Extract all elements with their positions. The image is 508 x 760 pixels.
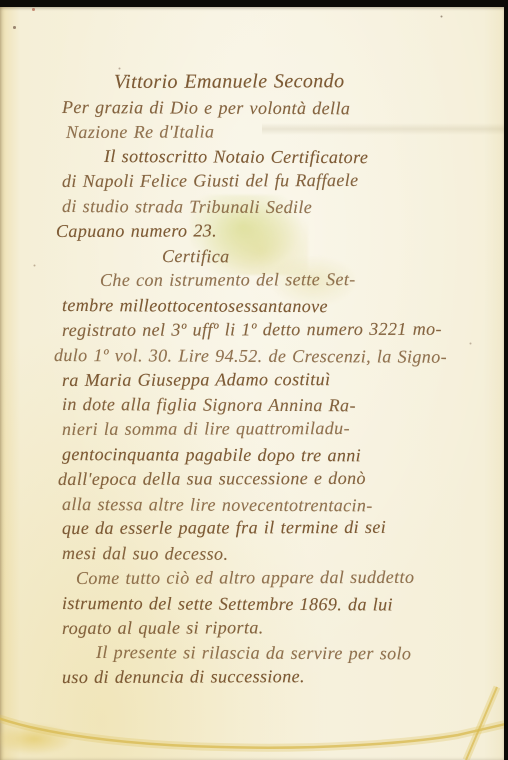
handwritten-line: dulo 1º vol. 30. Lire 94.52. de Crescenz…: [54, 343, 498, 370]
paper-specks: [0, 7, 1, 8]
handwritten-line: dall'epoca della sua successione e donò: [58, 465, 498, 491]
handwritten-text: Vittorio Emanuele SecondoPer grazia di D…: [62, 70, 498, 690]
handwritten-line: Vittorio Emanuele Secondo: [114, 69, 498, 95]
handwritten-line: Nazione Re d'Italia: [66, 118, 498, 144]
handwritten-line: di Napoli Felice Giusti del fu Raffaele: [62, 168, 498, 194]
handwritten-line: gentocinquanta pagabile dopo tre anni: [62, 442, 498, 469]
handwritten-line: que da esserle pagate fra il termine di …: [62, 515, 498, 541]
handwritten-line: Che con istrumento del sette Set-: [100, 267, 498, 293]
handwritten-line: nieri la somma di lire quattromiladu-: [62, 416, 498, 442]
photo-frame: Vittorio Emanuele SecondoPer grazia di D…: [0, 0, 508, 760]
handwritten-line: Capuano numero 23.: [56, 217, 498, 243]
handwritten-line: di studio strada Tribunali Sedile: [62, 194, 498, 221]
handwritten-line: Per grazia di Dio e per volontà della: [62, 95, 498, 122]
handwritten-line: rogato al quale si riporta.: [62, 614, 498, 640]
document-paper: Vittorio Emanuele SecondoPer grazia di D…: [0, 7, 504, 760]
handwritten-line: istrumento del sette Settembre 1869. da …: [62, 591, 498, 618]
handwritten-line: ra Maria Giuseppa Adamo costituì: [62, 366, 498, 392]
bottom-crease-lines: [0, 685, 504, 760]
handwritten-line: registrato nel 3º uffº li 1º detto numer…: [62, 316, 498, 342]
handwritten-line: Come tutto ciò ed altro appare dal sudde…: [76, 564, 498, 590]
